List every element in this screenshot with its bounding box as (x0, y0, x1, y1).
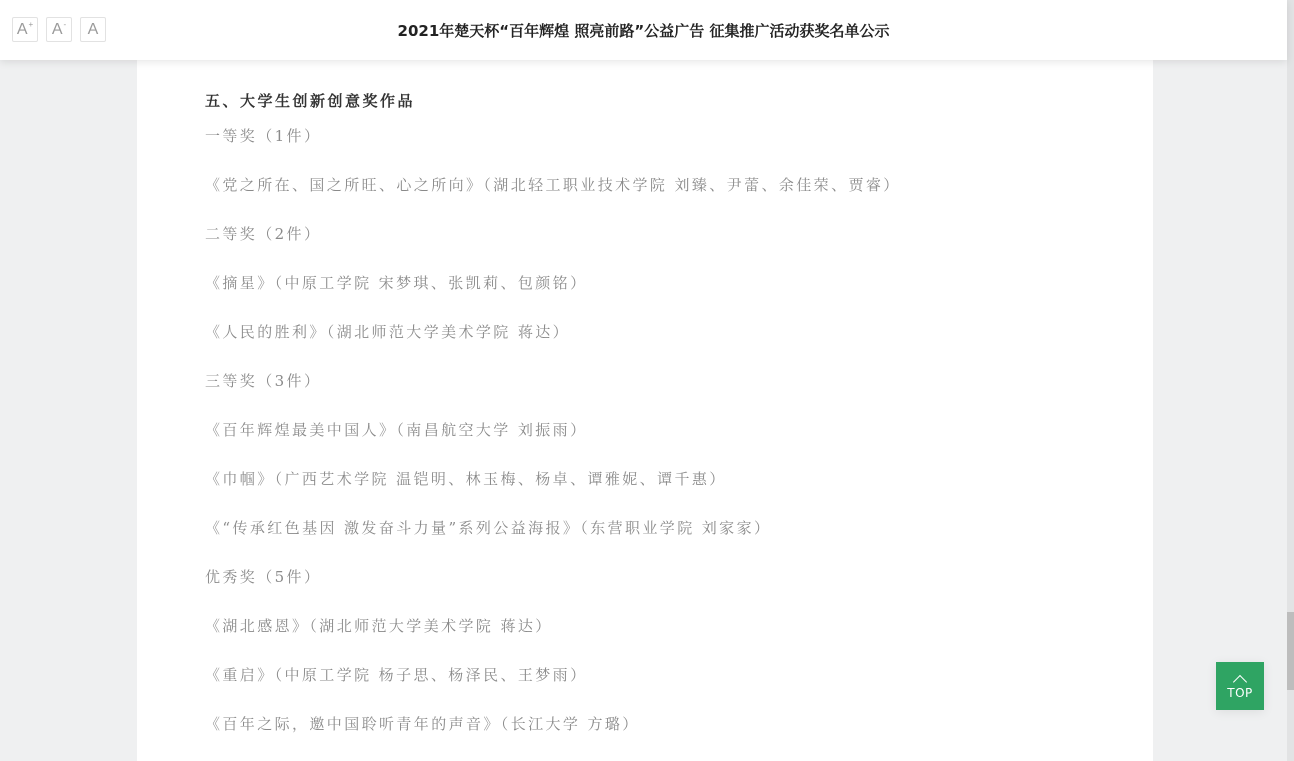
back-to-top-button[interactable]: TOP (1216, 662, 1264, 710)
award-entry: 《人民的胜利》（湖北师范大学美术学院 蒋达） (205, 321, 901, 343)
award-tier-first: 一等奖（1件） (205, 125, 901, 147)
award-tier-excellence: 优秀奖（5件） (205, 566, 901, 588)
award-entry: 《百年之际，邀中国聆听青年的声音》（长江大学 方璐） (205, 713, 901, 735)
page-header: A+ A- A 2021年楚天杯“百年辉煌 照亮前路”公益广告 征集推广活动获奖… (0, 0, 1287, 60)
article-body: 五、大学生创新创意奖作品 一等奖（1件） 《党之所在、国之所旺、心之所向》（湖北… (205, 90, 901, 735)
award-entry: 《摘星》（中原工学院 宋梦琪、张凯莉、包颜铭） (205, 272, 901, 294)
section-heading: 五、大学生创新创意奖作品 (205, 90, 901, 112)
page-title: 2021年楚天杯“百年辉煌 照亮前路”公益广告 征集推广活动获奖名单公示 (0, 20, 1287, 41)
award-entry: 《巾帼》（广西艺术学院 温铠明、林玉梅、杨卓、谭雅妮、谭千惠） (205, 468, 901, 490)
award-tier-third: 三等奖（3件） (205, 370, 901, 392)
award-entry: 《重启》（中原工学院 杨子思、杨泽民、王梦雨） (205, 664, 901, 686)
award-entry: 《“传承红色基因 激发奋斗力量”系列公益海报》（东营职业学院 刘家家） (205, 517, 901, 539)
award-entry: 《湖北感恩》（湖北师范大学美术学院 蒋达） (205, 615, 901, 637)
award-tier-second: 二等奖（2件） (205, 223, 901, 245)
award-entry: 《百年辉煌最美中国人》（南昌航空大学 刘振雨） (205, 419, 901, 441)
article-container: 五、大学生创新创意奖作品 一等奖（1件） 《党之所在、国之所旺、心之所向》（湖北… (137, 60, 1153, 761)
vertical-scrollbar[interactable] (1287, 0, 1294, 761)
scrollbar-thumb[interactable] (1287, 612, 1294, 690)
award-entry: 《党之所在、国之所旺、心之所向》（湖北轻工职业技术学院 刘臻、尹蕾、余佳荣、贾睿… (205, 174, 901, 196)
